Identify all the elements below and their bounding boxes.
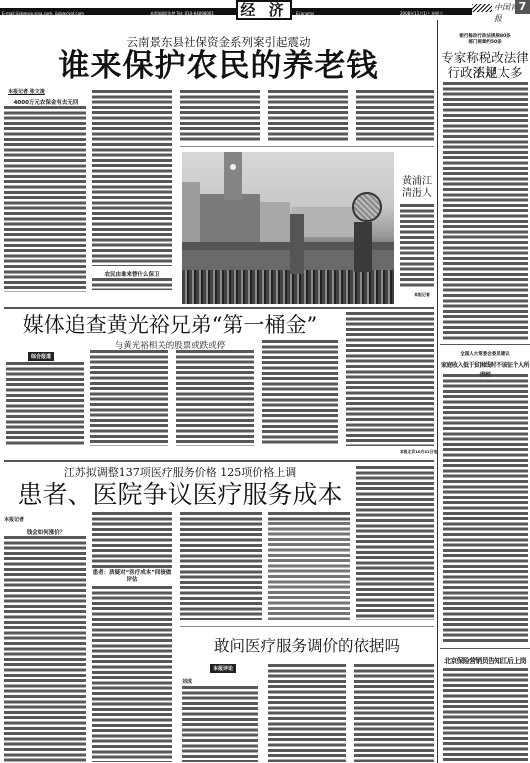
story3-rule xyxy=(4,460,434,462)
story3-column-2b xyxy=(92,586,172,762)
lead-column-5 xyxy=(356,90,434,142)
sidebar1-kicker-2: 部门规章约50条 xyxy=(440,40,530,46)
story4-column-2 xyxy=(268,664,346,762)
photo-caption-title-2: 清污人 xyxy=(398,188,436,200)
story3-column-3 xyxy=(180,512,262,620)
story2-column-1 xyxy=(6,362,84,446)
sidebar2-kicker: 全国人大常委会委员建议 xyxy=(440,352,530,358)
story2-column-5 xyxy=(346,312,434,446)
story3-headline: 患者、医院争议医疗服务成本 xyxy=(0,480,360,510)
story2-tag: 综合报道 xyxy=(28,352,54,361)
story3-column-2 xyxy=(92,512,172,568)
photo-caption-text xyxy=(400,204,434,288)
masthead-section-en: Economy xyxy=(296,10,314,17)
lead-subhead: 4000万元农保金有去无回 xyxy=(4,98,88,106)
sidebar1-headline-2: 行政法规太多 xyxy=(440,65,530,80)
story3-column-1 xyxy=(4,536,86,762)
decorative-hatch xyxy=(472,4,492,12)
story4-column-3 xyxy=(354,664,434,762)
section-title: 经 济 xyxy=(236,0,292,20)
lead-subhead-2: 农民由谁来替什么保卫 xyxy=(92,270,172,278)
sidebar3-body xyxy=(443,668,528,763)
story4-headline: 敢问医疗服务调价的依据吗 xyxy=(180,636,434,656)
lead-headline: 谁来保护农民的养老钱 xyxy=(0,48,437,84)
page-number: 7 xyxy=(515,0,530,14)
story4-rule xyxy=(180,626,434,627)
lead-column-2b xyxy=(92,278,172,290)
story4-byline: 刘成 xyxy=(182,678,192,685)
story2-column-2 xyxy=(90,350,168,446)
story2-footer: 本报北京10月31日电 xyxy=(400,449,437,455)
masthead-right-band: Economy 2008年11月1日 星期六 xyxy=(292,8,472,15)
sidebar3-rule xyxy=(440,648,530,649)
sidebar2-rule xyxy=(440,344,530,345)
story3-subhead-2: 患者：质疑对“医疗成本”间接做评估 xyxy=(92,570,172,584)
story2-headline: 媒体追查黄光裕兄弟“第一桶金” xyxy=(0,312,340,338)
story2-column-3 xyxy=(176,350,254,446)
lead-byline: 本报记者 张文凌 xyxy=(8,88,45,95)
lead-column-1 xyxy=(4,106,86,292)
story2-column-4 xyxy=(262,340,338,446)
story3-column-4 xyxy=(268,512,350,522)
sidebar3-headline: 北京保险营销员告知江后上岗 xyxy=(440,656,530,666)
story2-rule xyxy=(4,307,434,309)
lead-column-4 xyxy=(268,90,348,142)
sidebar1-body xyxy=(443,82,528,340)
lead-column-3 xyxy=(180,90,260,142)
story3-column-4b xyxy=(268,522,350,620)
photo-credit: 本报记者 xyxy=(414,292,430,298)
story4-tag: 本报评论 xyxy=(210,664,236,673)
masthead-email: E-mail:jjxb@vip.sina.com, jjxb@cyol.com xyxy=(2,10,84,17)
lead-column-2 xyxy=(92,90,172,266)
sidebar2-body xyxy=(443,374,528,644)
news-photo xyxy=(182,152,394,304)
story3-byline: 本报记者 xyxy=(4,516,24,523)
masthead-date: 2008年11月1日 星期六 xyxy=(400,10,443,17)
sidebar-divider xyxy=(437,20,438,763)
story3-subhead-1: 钱会如何涨价？ xyxy=(4,528,88,536)
story3-column-5 xyxy=(356,466,434,620)
story3-kicker: 江苏拟调整137项医疗服务价格 125项价格上调 xyxy=(0,466,360,480)
story4-column-1 xyxy=(182,686,258,762)
masthead-left-band: E-mail:jjxb@vip.sina.com, jjxb@cyol.com … xyxy=(0,8,236,15)
photo-top-rule xyxy=(180,146,434,147)
masthead-editor: 本版编辑/张梦 Tel: 010-64098001 xyxy=(150,10,214,17)
